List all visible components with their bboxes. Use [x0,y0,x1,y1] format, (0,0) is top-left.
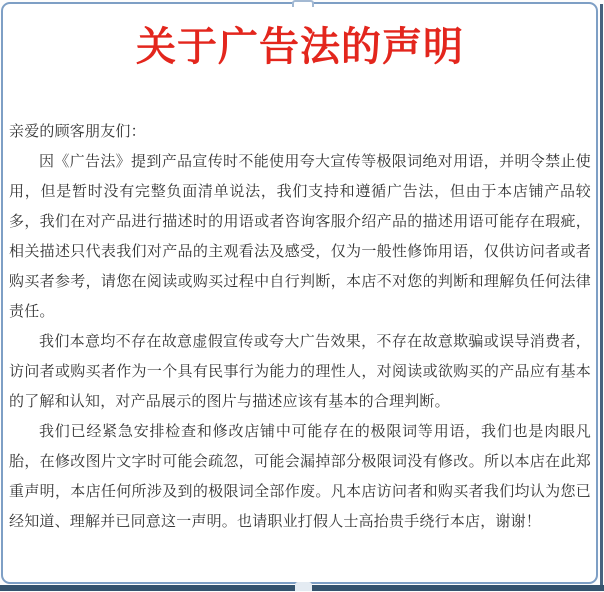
notice-body: 亲爱的顾客朋友们： 因《广告法》提到产品宣传时不能使用夸大宣传等极限词绝对用语，… [9,117,591,537]
right-shadow-edge [600,4,603,587]
advertising-law-notice: 关于广告法的声明 亲爱的顾客朋友们： 因《广告法》提到产品宣传时不能使用夸大宣传… [0,0,604,592]
bottom-connector-tab [295,582,312,591]
salutation: 亲爱的顾客朋友们： [9,117,591,147]
page-title: 关于广告法的声明 [9,22,591,72]
top-connector-tab [292,0,314,7]
paragraph-corrections-thanks: 我们已经紧急安排检查和修改店铺中可能存在的极限词等用语，我们也是肉眼凡胎，在修改… [9,417,591,537]
paragraph-no-deception: 我们本意均不存在故意虚假宣传或夸大广告效果，不存在故意欺骗或误导消费者，访问者或… [9,327,591,417]
paragraph-advertising-law: 因《广告法》提到产品宣传时不能使用夸大宣传等极限词绝对用语，并明令禁止使用，但是… [9,147,591,327]
